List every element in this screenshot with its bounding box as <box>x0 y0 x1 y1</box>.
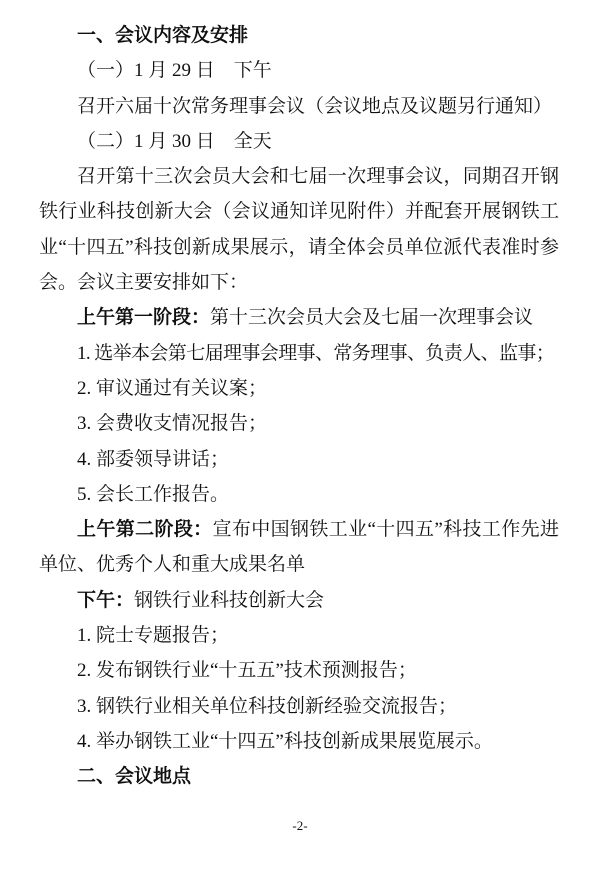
heading-meeting-location: 二、会议地点 <box>39 759 559 794</box>
text-morning-phase1: 第十三次会员大会及七届一次理事会议 <box>210 307 533 328</box>
list-item-afternoon-1: 1. 院士专题报告； <box>39 618 559 653</box>
list-item-afternoon-3: 3. 钢铁行业相关单位科技创新经验交流报告； <box>39 689 559 724</box>
heading-meeting-content-arrangement: 一、会议内容及安排 <box>39 18 559 53</box>
lead-morning-phase1: 上午第一阶段： <box>77 307 210 328</box>
document-body: 一、会议内容及安排 （一）1 月 29 日 下午 召开六届十次常务理事会议（会议… <box>0 0 600 795</box>
para-member-assembly-overview: 召开第十三次会员大会和七届一次理事会议，同期召开钢铁行业科技创新大会（会议通知详… <box>39 159 559 300</box>
list-item-morning-3: 3. 会费收支情况报告； <box>39 406 559 441</box>
line-morning-phase2: 上午第二阶段：宣布中国钢铁工业“十四五”科技工作先进单位、优秀个人和重大成果名单 <box>39 512 559 583</box>
lead-morning-phase2: 上午第二阶段： <box>77 519 213 540</box>
line-afternoon: 下午：钢铁行业科技创新大会 <box>39 583 559 618</box>
list-item-morning-5: 5. 会长工作报告。 <box>39 477 559 512</box>
document-page: 一、会议内容及安排 （一）1 月 29 日 下午 召开六届十次常务理事会议（会议… <box>0 0 600 877</box>
list-item-afternoon-4: 4. 举办钢铁工业“十四五”科技创新成果展览展示。 <box>39 724 559 759</box>
line-date-jan30: （二）1 月 30 日 全天 <box>39 124 559 159</box>
list-item-morning-1: 1. 选举本会第七届理事会理事、常务理事、负责人、监事； <box>39 336 559 371</box>
line-date-jan29: （一）1 月 29 日 下午 <box>39 53 559 88</box>
text-afternoon: 钢铁行业科技创新大会 <box>134 590 324 611</box>
line-morning-phase1: 上午第一阶段：第十三次会员大会及七届一次理事会议 <box>39 300 559 335</box>
page-number: -2- <box>0 816 600 836</box>
list-item-afternoon-2: 2. 发布钢铁行业“十五五”技术预测报告； <box>39 653 559 688</box>
list-item-morning-4: 4. 部委领导讲话； <box>39 442 559 477</box>
lead-afternoon: 下午： <box>77 590 134 611</box>
line-executive-council-meeting: 召开六届十次常务理事会议（会议地点及议题另行通知） <box>39 89 559 124</box>
list-item-morning-2: 2. 审议通过有关议案； <box>39 371 559 406</box>
